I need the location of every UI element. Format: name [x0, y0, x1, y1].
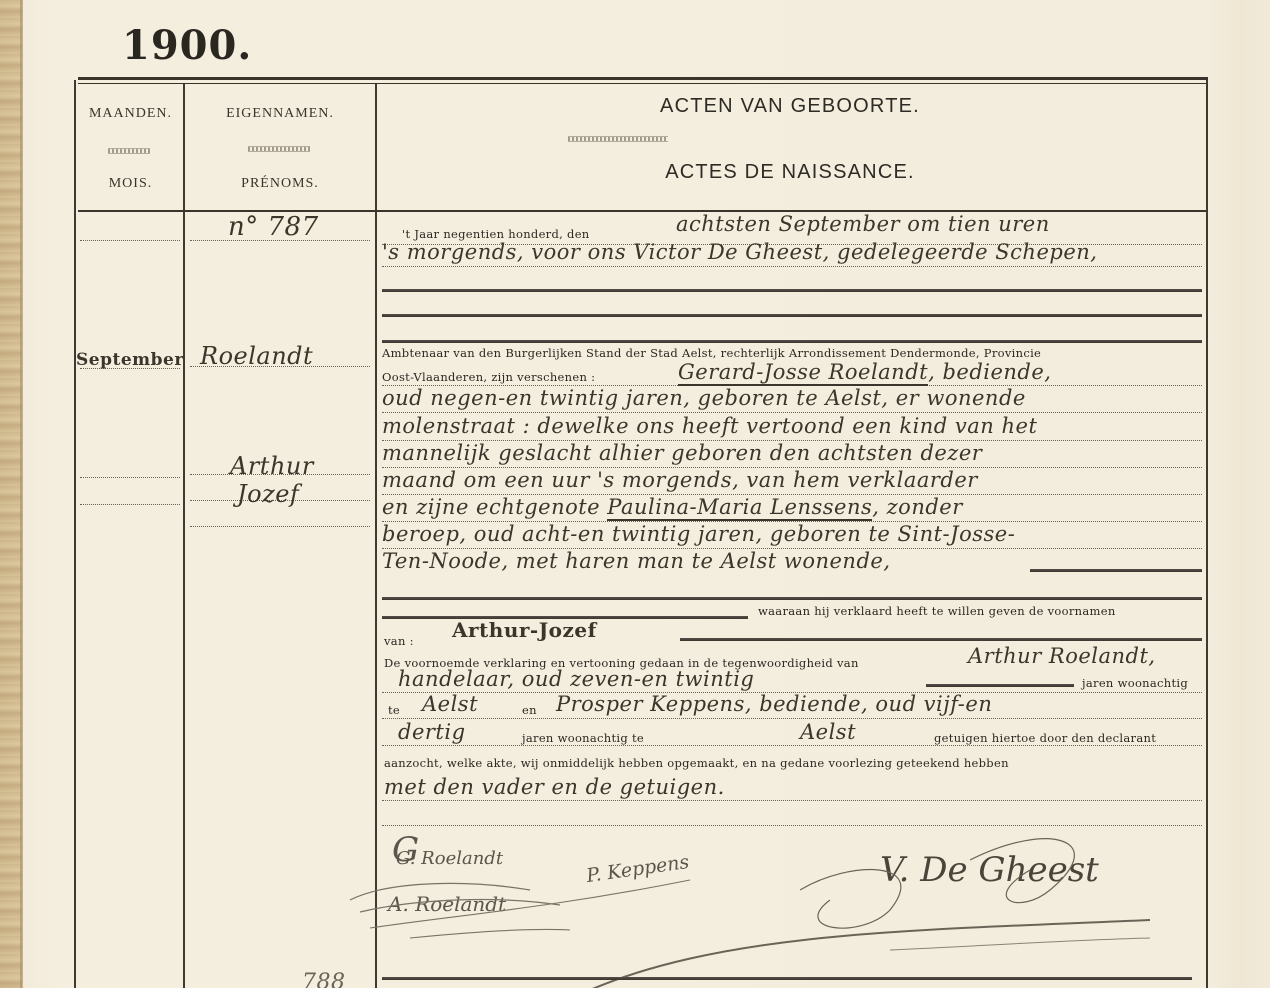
- dotted-guide: [382, 266, 1202, 267]
- mother-occupation: , zonder: [872, 495, 963, 519]
- line-9-hand: en zijne echtgenote Paulina-Maria Lensse…: [382, 495, 963, 519]
- entry-month: September: [76, 350, 184, 370]
- dotted-guide: [382, 718, 1202, 719]
- line-1-hand: achtsten September om tien uren: [676, 212, 1050, 236]
- entry-number: n° 787: [228, 212, 319, 242]
- header-names-fr: PRÉNOMS.: [185, 176, 375, 192]
- signature-flourishes: [330, 820, 1230, 988]
- entry-given-name-1: Arthur: [230, 452, 314, 480]
- dotted-guide: [190, 526, 370, 527]
- dotted-guide: [80, 504, 180, 505]
- filler-rule: [1030, 569, 1202, 572]
- col-line-left: [74, 80, 76, 988]
- binding-edge: [20, 0, 23, 988]
- witness-1-name: Arthur Roelandt,: [968, 644, 1156, 668]
- filler-rule: [680, 638, 1202, 641]
- filler-rule: [382, 597, 1202, 600]
- line-15-print: jaren woonachtig: [1082, 676, 1188, 690]
- line-16-en: en: [522, 703, 537, 717]
- mother-prefix: en zijne echtgenote: [382, 495, 600, 519]
- next-entry-number: 788: [302, 970, 346, 988]
- witness-2-age: dertig: [398, 720, 466, 744]
- line-4-print: Oost-Vlaanderen, zijn verschenen :: [382, 370, 595, 384]
- filler-rule: [382, 289, 1202, 292]
- col-line-months: [183, 84, 185, 988]
- entry-bottom-rule: [382, 977, 1192, 980]
- wavy-divider: [108, 148, 150, 154]
- book-binding: [0, 0, 22, 988]
- line-6-hand: molenstraat : dewelke ons heeft vertoond…: [382, 414, 1037, 438]
- line-16-te: te: [388, 703, 400, 717]
- top-rule-thick: [78, 77, 1208, 80]
- line-17-print-a: jaren woonachtig te: [522, 731, 644, 745]
- filler-rule: [926, 684, 1074, 687]
- father-name: Gerard-Josse Roelandt: [678, 360, 928, 386]
- line-10-hand: beroep, oud acht-en twintig jaren, gebor…: [382, 522, 1015, 546]
- father-occupation: , bediende,: [928, 360, 1051, 384]
- witness-2-details: Prosper Keppens, bediende, oud vijf-en: [556, 692, 992, 716]
- witness-1-residence: Aelst: [422, 692, 478, 716]
- header-months-nl: MAANDEN.: [78, 106, 183, 122]
- dotted-guide: [382, 412, 1202, 413]
- line-11-hand: Ten-Noode, met haren man te Aelst wonend…: [382, 549, 891, 573]
- line-7-hand: mannelijk geslacht alhier geboren den ac…: [382, 441, 982, 465]
- header-months-fr: MOIS.: [78, 176, 183, 192]
- line-19-hand: met den vader en de getuigen.: [384, 775, 725, 799]
- entry-given-name-2: Jozef: [237, 480, 299, 508]
- dotted-guide: [382, 800, 1202, 801]
- witness-2-residence: Aelst: [800, 720, 856, 744]
- filler-rule: [382, 314, 1202, 317]
- dotted-guide: [80, 240, 180, 241]
- mother-name: Paulina-Maria Lenssens: [607, 495, 872, 521]
- line-5-hand: oud negen-en twintig jaren, geboren te A…: [382, 386, 1026, 410]
- filler-rule: [382, 340, 1202, 343]
- header-acts-fr: ACTES DE NAISSANCE.: [375, 161, 1205, 184]
- line-1-print: 't Jaar negentien honderd, den: [402, 227, 590, 241]
- header-acts-nl: ACTEN VAN GEBOORTE.: [375, 95, 1205, 118]
- line-18-print: aanzocht, welke akte, wij onmiddelijk he…: [384, 756, 1009, 770]
- register-year: 1900.: [122, 22, 252, 69]
- line-13-print: van :: [384, 634, 414, 648]
- line-12-print: waaraan hij verklaard heeft te willen ge…: [758, 604, 1116, 618]
- dotted-guide: [382, 745, 1202, 746]
- wavy-divider: [248, 146, 310, 152]
- dotted-guide: [80, 477, 180, 478]
- top-rule-thin: [78, 83, 1208, 84]
- given-names-declared: Arthur-Jozef: [452, 618, 597, 642]
- wavy-divider: [568, 136, 668, 142]
- line-2-hand: 's morgends, voor ons Victor De Gheest, …: [382, 240, 1097, 264]
- register-page: 1900. MAANDEN. MOIS. EIGENNAMEN. PRÉNOMS…: [0, 0, 1270, 988]
- header-names-nl: EIGENNAMEN.: [185, 106, 375, 122]
- line-17-print-b: getuigen hiertoe door den declarant: [934, 731, 1156, 745]
- line-15-hand: handelaar, oud zeven-en twintig: [398, 667, 754, 691]
- line-8-hand: maand om een uur 's morgends, van hem ve…: [382, 468, 978, 492]
- entry-surname: Roelandt: [200, 342, 313, 370]
- line-4-hand-name: Gerard-Josse Roelandt, bediende,: [678, 360, 1051, 384]
- line-3-print: Ambtenaar van den Burgerlijken Stand der…: [382, 346, 1041, 360]
